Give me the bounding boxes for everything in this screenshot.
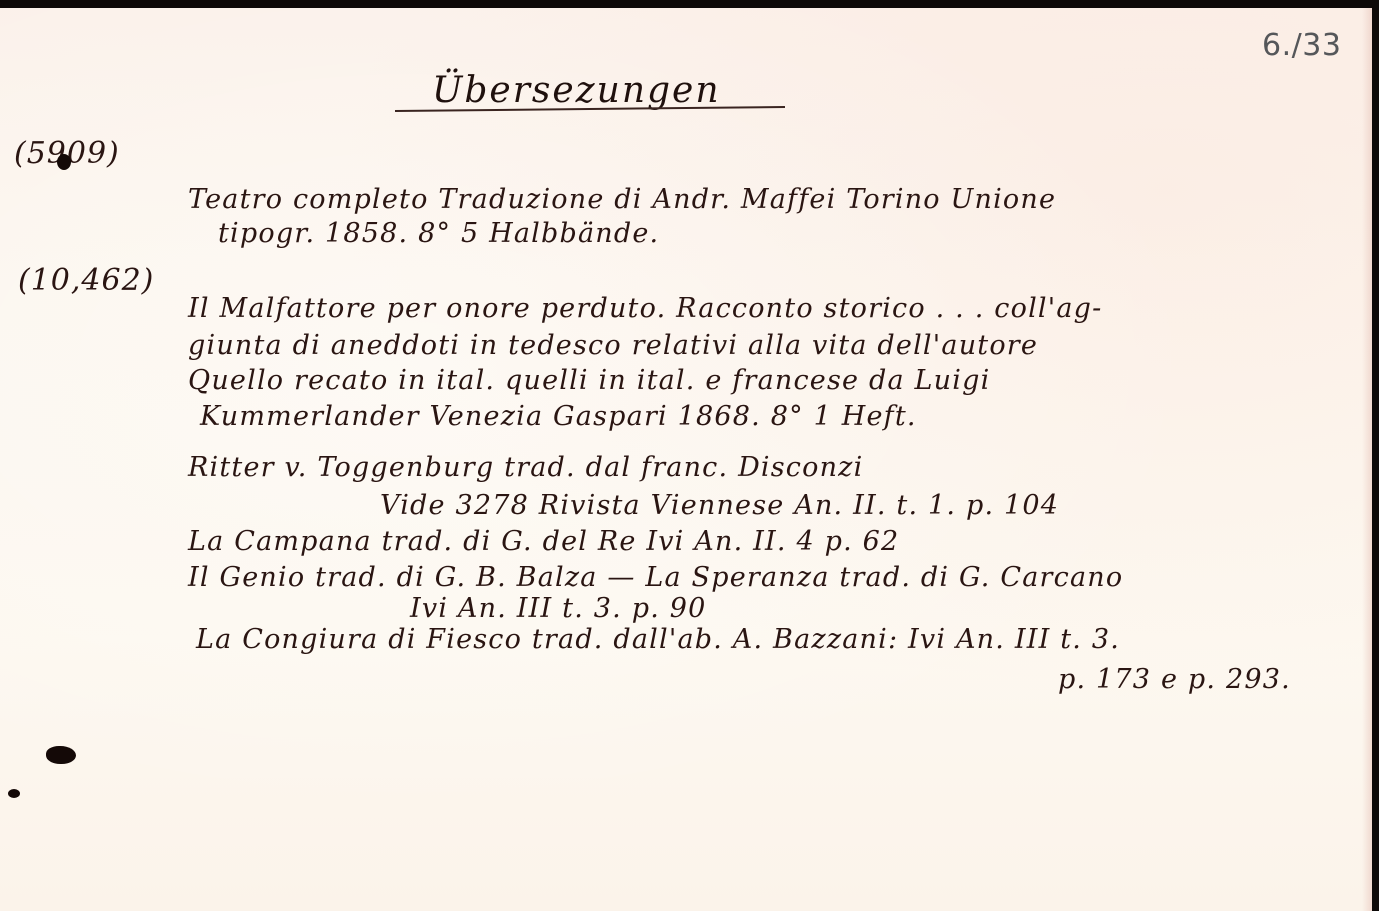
entry-2-line-1: Il Malfattore per onore perduto. Raccont… [188,293,1103,324]
entry-2-line-5: Ritter v. Toggenburg trad. dal franc. Di… [188,452,863,483]
entry-2-line-2: giunta di aneddoti in tedesco relativi a… [188,330,1038,361]
entry-2-line-6: Vide 3278 Rivista Viennese An. II. t. 1.… [380,490,1059,521]
card-heading: Übersezungen [432,70,721,111]
entry-2-line-3: Quello recato in ital. quelli in ital. e… [188,365,990,396]
entry-2-line-10: La Congiura di Fiesco trad. dall'ab. A. … [196,624,1120,655]
pencil-card-number: 6./33 [1262,28,1341,63]
call-number-2: (10,462) [18,263,154,298]
entry-1-line-2: tipogr. 1858. 8° 5 Halbbände. [218,218,659,249]
entry-2-line-8: Il Genio trad. di G. B. Balza — La Spera… [188,562,1123,593]
entry-2-line-11: p. 173 e p. 293. [1058,664,1291,695]
ink-blot [57,154,71,170]
ink-blot [46,746,76,764]
ink-blot [8,789,20,798]
catalog-card: 6./33 Übersezungen (5909) Teatro complet… [0,8,1372,911]
entry-1-line-1: Teatro completo Traduzione di Andr. Maff… [188,184,1056,215]
entry-2-line-7: La Campana trad. di G. del Re Ivi An. II… [188,526,899,557]
entry-2-line-9: Ivi An. III t. 3. p. 90 [410,593,707,624]
entry-2-line-4: Kummerlander Venezia Gaspari 1868. 8° 1 … [200,401,917,432]
